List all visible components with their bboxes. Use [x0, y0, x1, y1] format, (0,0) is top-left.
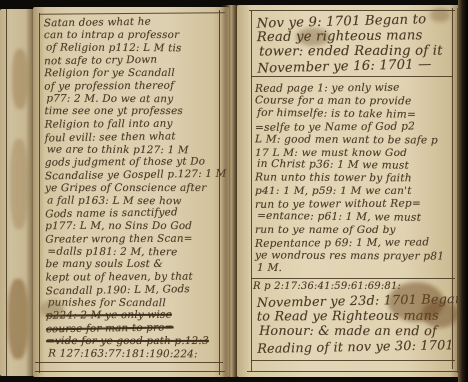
right-page-entry-divider-2	[251, 278, 455, 279]
right-page-margin-rule	[251, 10, 252, 371]
book-edge-right	[458, 0, 468, 382]
right-page-entry-1: Nov ye 9: 1701 Began toRead ye righteous…	[256, 12, 455, 75]
manuscript-line: p41: 1 M, p59: 1 M we can't	[255, 185, 457, 198]
left-page-text: Satan does what hecan to intrap a profes…	[44, 15, 222, 360]
manuscript-line: we are to think p127: 1 M	[47, 143, 223, 157]
manuscript-line: Satan does what he	[44, 15, 220, 31]
bleedthrough-mark	[12, 49, 28, 109]
photo-of-open-manuscript: Satan does what hecan to intrap a profes…	[0, 0, 468, 382]
manuscript-line: ye Gripes of Conscience after	[45, 182, 221, 195]
right-page-entry-3: November ye 23d: 1701 Beganto Read ye Ri…	[257, 293, 460, 356]
manuscript-line: Reading of it nov ye 30: 1701	[257, 338, 459, 357]
manuscript-line: Repentance p 69: 1 M, we read	[255, 236, 457, 251]
manuscript-line: Read ye righteous mans	[257, 28, 455, 45]
manuscript-line: =entance: p61: 1 M, we must	[257, 210, 459, 225]
manuscript-line: p177: L M, no Sins Do God	[45, 220, 221, 233]
right-page-reference-line: R p 2:17:36:41:59:61:69:81:	[253, 281, 401, 292]
bleedthrough-mark	[10, 139, 28, 229]
left-page-bottom-rule-1	[35, 362, 223, 363]
right-page-bottom-rule-1	[251, 360, 455, 361]
manuscript-line: Scandall p.190: L M, Gods	[46, 282, 222, 298]
left-page-bottom-rule-2	[35, 371, 225, 372]
manuscript-line: L M: good men want to be safe p	[255, 133, 457, 147]
manuscript-line: to Read ye Righteous mans	[257, 309, 459, 325]
manuscript-line: =dalls p181: 2 M, there	[47, 245, 223, 259]
manuscript-line: R 127:163:77:181:190:224:	[48, 347, 224, 361]
manuscript-line: Greater wrong then Scan=	[45, 232, 221, 246]
manuscript-line: time see one yt professes	[44, 105, 220, 118]
manuscript-line: p77: 2 M. Do we at any	[46, 92, 222, 106]
right-page-entry-2: Read page 1: ye only wiseCourse for a ma…	[255, 82, 457, 276]
manuscript-line: be many souls Lost &	[46, 258, 222, 271]
manuscript-line: =vide for ye good path p.12:3	[46, 335, 222, 348]
bleedthrough-mark	[8, 279, 28, 359]
previous-page-edge	[0, 9, 34, 376]
manuscript-line: run to ye name of God by	[255, 224, 457, 237]
manuscript-line: 1 M.	[257, 261, 459, 276]
manuscript-line: Religion for ye Scandall	[44, 67, 220, 80]
manuscript-line: Run unto this tower by faith	[255, 172, 457, 186]
manuscript-line: Scandalise ye Gospell p.127: 1 M	[45, 168, 221, 184]
right-page-entry-divider-1	[251, 76, 453, 77]
manuscript-line: punishes for Scandall	[48, 296, 224, 310]
manuscript-line: Honour: & made an end of	[259, 324, 461, 340]
right-page-top-rule	[249, 10, 455, 11]
manuscript-line: foul evill: see then what	[45, 129, 221, 145]
manuscript-line: of ye profession thereof	[44, 79, 220, 93]
right-page-bottom-rule-2	[247, 371, 459, 372]
manuscript-line: can to intrap a professor	[44, 29, 220, 42]
manuscript-line: course for man to pro=	[46, 321, 222, 337]
manuscript-line: =selfe to ye Name of God p2	[255, 120, 457, 135]
left-page-margin-rule	[39, 13, 40, 373]
